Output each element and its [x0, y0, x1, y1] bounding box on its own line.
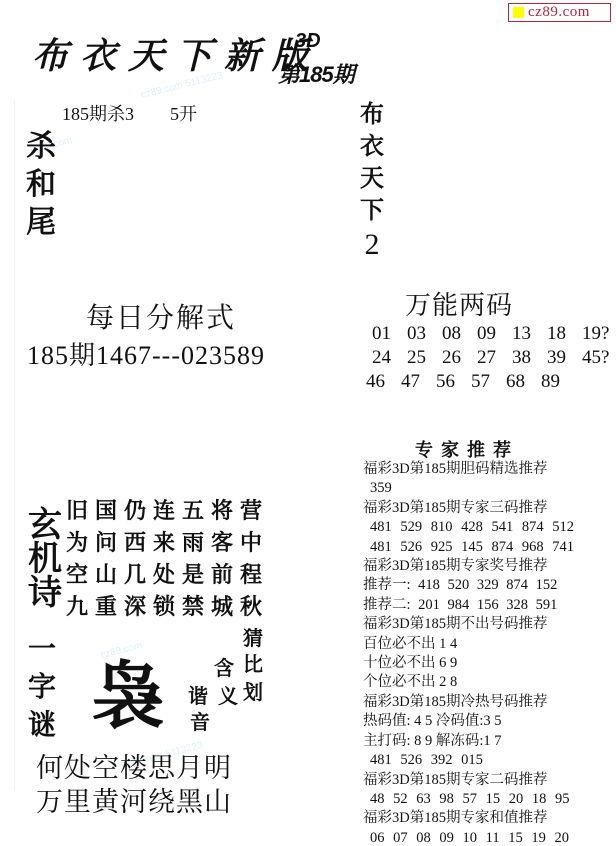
- section-value: 481 526 392 015: [363, 751, 574, 770]
- pair-value: 46: [366, 370, 401, 394]
- section-value: 推荐二: 201 984 156 328 591: [363, 596, 574, 615]
- section-heading: 福彩3D第185期专家三码推荐: [363, 499, 574, 518]
- section-heading: 福彩3D第185期不出号码推荐: [363, 615, 574, 634]
- poem-line: 旧国仍连五将营: [66, 495, 269, 527]
- pair-value: 68: [506, 370, 541, 394]
- universal-pairs-grid: 01 03 08 09 13 18 19? 24 25 26 27 38 39 …: [372, 322, 616, 394]
- section-heading: 福彩3D第185期专家和值推荐: [363, 809, 574, 828]
- label-char: 布: [360, 98, 384, 130]
- pair-value: 18: [547, 322, 582, 346]
- kill-tail-open: 5开: [170, 104, 197, 124]
- yellow-square-icon: [513, 7, 524, 18]
- riddle-hint-contain: 含: [214, 652, 234, 681]
- riddle-side-label: 一 字 谜: [28, 630, 56, 744]
- pair-value: 26: [442, 346, 477, 370]
- expert-title: 专家推荐: [415, 436, 519, 462]
- section-value: 热码值: 4 5 冷码值:3 5: [363, 712, 574, 731]
- section-heading: 福彩3D第185期专家奖号推荐: [363, 557, 574, 576]
- footer-poem: 何处空楼思月明 万里黄河绕黑山: [36, 752, 232, 820]
- pair-value: 89: [541, 370, 576, 394]
- pair-value: 01: [372, 322, 407, 346]
- universal-pairs-title: 万能两码: [405, 285, 513, 322]
- pair-value: 25: [407, 346, 442, 370]
- pair-value: 45?: [582, 346, 616, 370]
- kill-tail-line: 185期杀35开: [62, 100, 197, 126]
- pair-value: 24: [372, 346, 407, 370]
- page-title: 布衣天下新版: [32, 28, 320, 79]
- footer-poem-line: 万里黄河绕黑山: [36, 786, 232, 820]
- label-char: 下: [360, 194, 384, 226]
- pair-value: 57: [471, 370, 506, 394]
- poem-line: 空山几处是前程: [66, 559, 269, 591]
- label-char: 机: [28, 542, 62, 576]
- issue-label: 第185期: [278, 58, 354, 89]
- expert-list: 福彩3D第185期胆码精选推荐 359 福彩3D第185期专家三码推荐 481 …: [363, 460, 574, 846]
- pairs-row: 24 25 26 27 38 39 45?: [372, 346, 616, 370]
- section-value: 十位必不出 6 9: [363, 654, 574, 673]
- label-char: 衣: [360, 130, 384, 162]
- label-char: 天: [360, 162, 384, 194]
- kill-tail-vertical-label: 杀 和 尾: [26, 128, 56, 242]
- section-value: 06 07 08 09 10 11 15 19 20: [363, 829, 574, 846]
- label-char: 玄: [28, 508, 62, 542]
- pair-value: 19?: [582, 322, 616, 346]
- pairs-row: 46 47 56 57 68 89: [366, 370, 616, 394]
- riddle-hint-guess: 猜: [243, 622, 263, 651]
- riddle-hint-stroke: 划: [243, 676, 263, 705]
- poem-lines: 旧国仍连五将营 为问西来雨客中 空山几处是前程 九重深锁禁城秋: [66, 495, 269, 623]
- riddle-hint-meaning: 义: [218, 680, 238, 709]
- section-value: 推荐一: 418 520 329 874 152: [363, 576, 574, 595]
- section-value: 百位必不出 1 4: [363, 635, 574, 654]
- game-label: 3D: [295, 30, 321, 53]
- pairs-row: 01 03 08 09 13 18 19?: [372, 322, 616, 346]
- section-value: 个位必不出 2 8: [363, 673, 574, 692]
- riddle-hint-compare: 比: [243, 648, 263, 677]
- site-name: cz89.com: [528, 4, 590, 21]
- daily-decomp-title: 每日分解式: [86, 296, 236, 336]
- pair-value: 47: [401, 370, 436, 394]
- poem-line: 为问西来雨客中: [66, 527, 269, 559]
- riddle-character: 袅: [92, 638, 164, 742]
- label-char: 谜: [28, 706, 56, 744]
- label-char: 尾: [26, 204, 56, 242]
- panel-edge: [14, 100, 15, 790]
- pair-value: 13: [512, 322, 547, 346]
- label-char: 字: [28, 668, 56, 706]
- riddle-hint-sound: 音: [190, 706, 210, 735]
- site-watermark-badge: cz89.com: [508, 3, 611, 22]
- section-heading: 福彩3D第185期专家二码推荐: [363, 771, 574, 790]
- riddle-hint-harmonic: 谐: [188, 680, 208, 709]
- kill-tail-text: 185期杀3: [62, 104, 134, 124]
- section-value: 481 529 810 428 541 874 512: [363, 518, 574, 537]
- section-value: 481 526 925 145 874 968 741: [363, 538, 574, 557]
- label-char: 和: [26, 166, 56, 204]
- pair-value: 09: [477, 322, 512, 346]
- pair-value: 56: [436, 370, 471, 394]
- section-value: 主打码: 8 9 解冻码:1 7: [363, 732, 574, 751]
- label-digit: 2: [365, 228, 380, 262]
- pair-value: 38: [512, 346, 547, 370]
- poem-line: 九重深锁禁城秋: [66, 591, 269, 623]
- daily-decomp-value: 185期1467---023589: [27, 335, 265, 372]
- pair-value: 08: [442, 322, 477, 346]
- footer-poem-line: 何处空楼思月明: [36, 752, 232, 786]
- section-value: 48 52 63 98 57 15 20 18 95: [363, 790, 574, 809]
- section-heading: 福彩3D第185期冷热号码推荐: [363, 693, 574, 712]
- label-char: 诗: [28, 576, 62, 610]
- section-value: 359: [363, 479, 574, 498]
- section-heading: 福彩3D第185期胆码精选推荐: [363, 460, 574, 479]
- pair-value: 39: [547, 346, 582, 370]
- right-vertical-label: 布 衣 天 下 2: [360, 98, 384, 262]
- label-char: 一: [28, 630, 56, 668]
- pair-value: 27: [477, 346, 512, 370]
- pair-value: 03: [407, 322, 442, 346]
- poem-side-label: 玄 机 诗: [28, 508, 62, 610]
- label-char: 杀: [26, 128, 56, 166]
